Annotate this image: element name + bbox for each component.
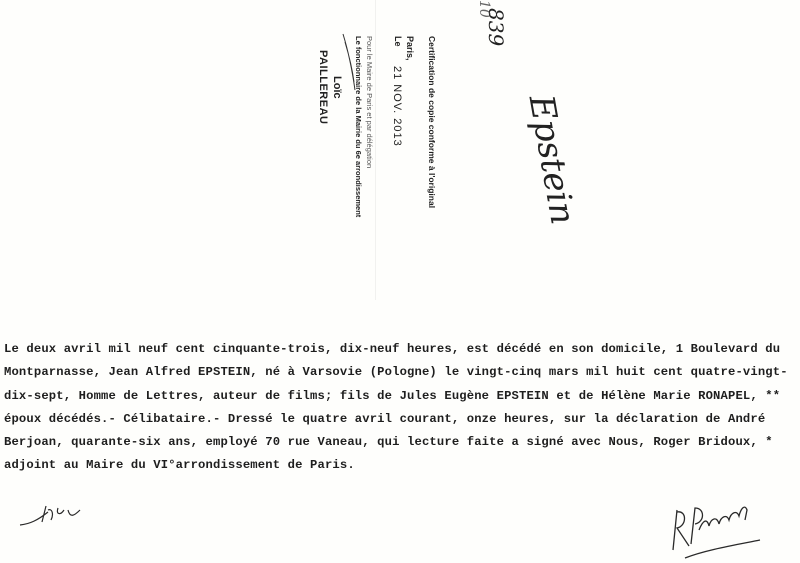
stamp-for-mayor: Pour le Maire de Paris et par délégation [365,36,374,168]
body-line: Le deux avril mil neuf cent cinquante-tr… [4,338,800,361]
stamp-title: Certification de copie conforme à l'orig… [427,36,437,208]
officer-signature [665,490,765,560]
stamp-date-label: Le [393,36,403,47]
stamp-date: 21 NOV. 2013 [391,66,403,147]
handwritten-surname: Epstein [521,92,583,228]
body-line: Berjoan, quarante-six ans, employé 70 ru… [4,431,800,454]
body-line: adjoint au Maire du VI°arrondissement de… [4,454,800,477]
stamp-official-last-name: PAILLEREAU [317,50,329,124]
stamp-signature-stroke [341,32,357,92]
margin-register-number: 839 [484,8,508,46]
body-line: époux décédés.- Célibataire.- Dressé le … [4,408,800,431]
stamp-official-first-name: Loïc [331,76,343,99]
certificate-body-text: Le deux avril mil neuf cent cinquante-tr… [4,338,800,478]
body-line: Montparnasse, Jean Alfred EPSTEIN, né à … [4,361,800,384]
declarant-signature [18,500,88,530]
scanned-document-page: 10 839 Certification de copie conforme à… [0,0,800,563]
certification-stamp: Certification de copie conforme à l'orig… [312,36,437,211]
body-line: dix-sept, Homme de Lettres, auteur de fi… [4,385,800,408]
stamp-place: Paris, [405,36,415,61]
